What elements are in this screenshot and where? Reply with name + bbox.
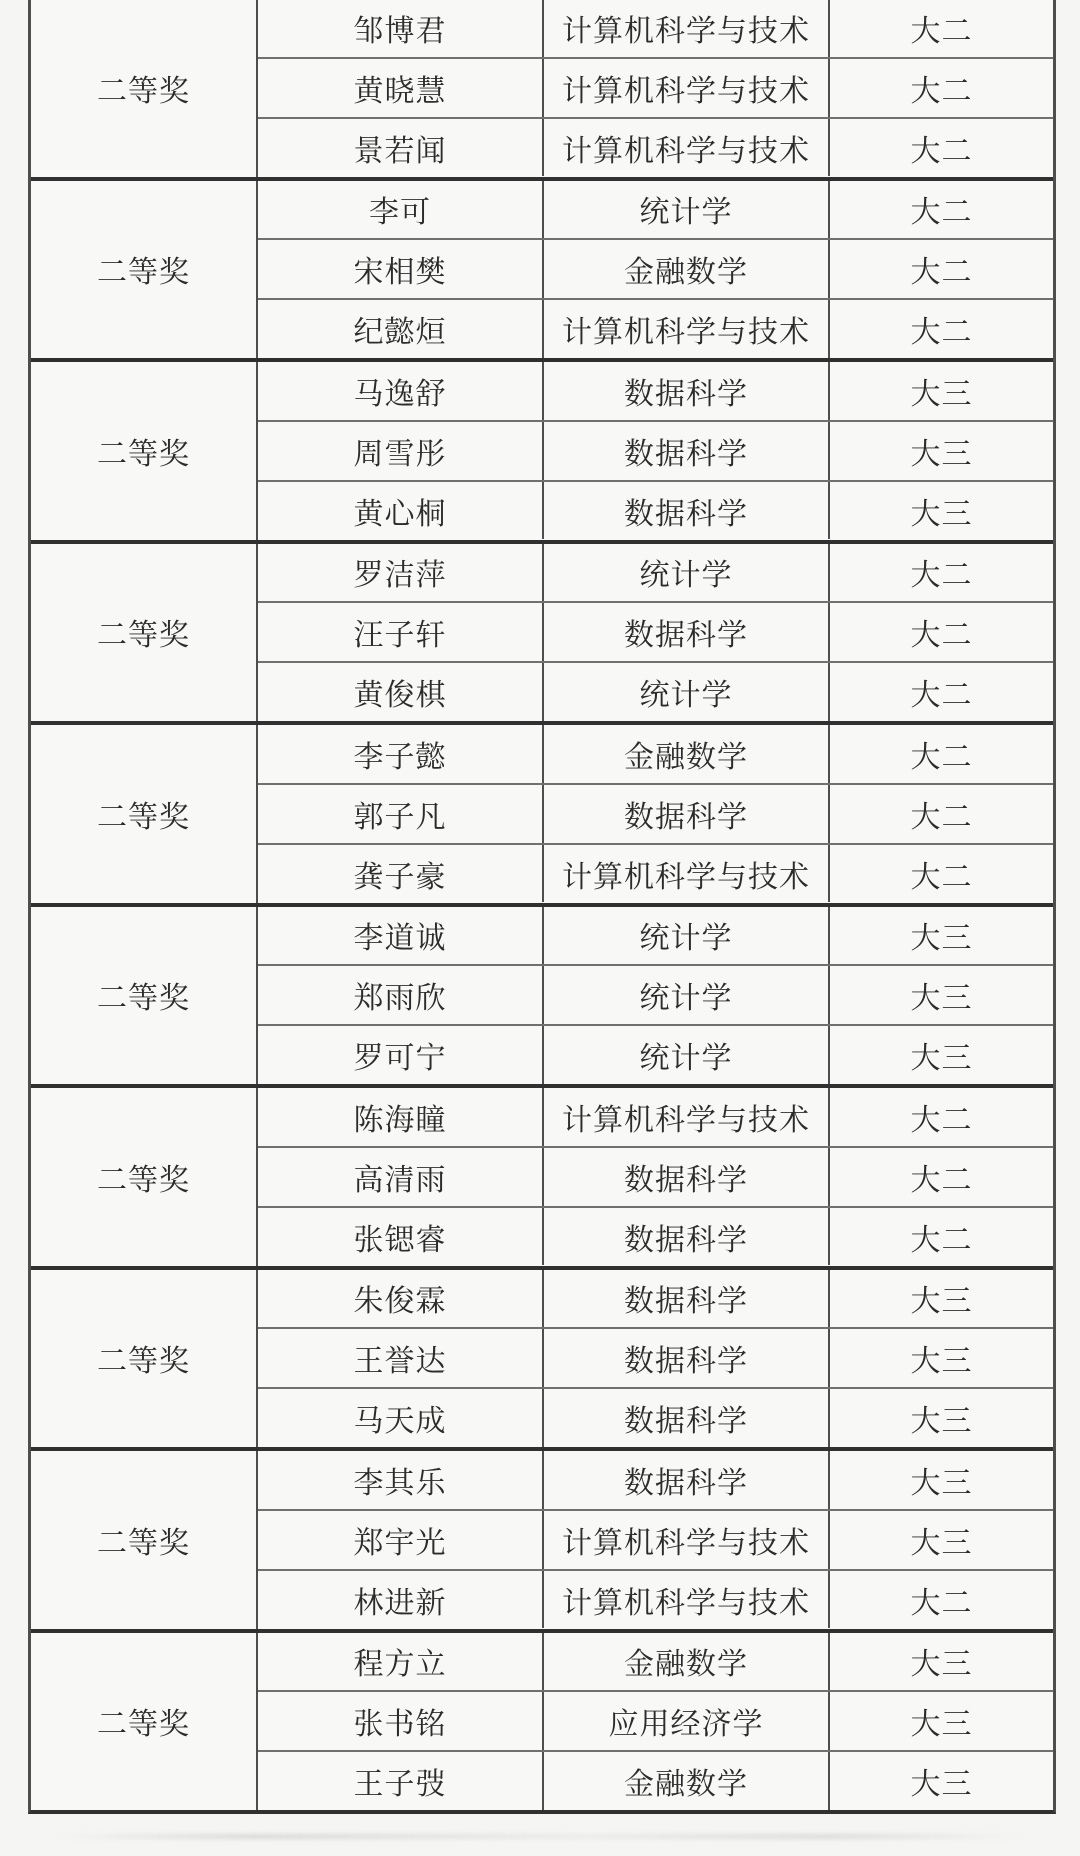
table-row: 周雪彤 数据科学 大三 xyxy=(258,420,1053,480)
award-cell: 二等奖 xyxy=(31,0,256,177)
grade-label: 大二 xyxy=(911,66,973,110)
grade-label: 大二 xyxy=(911,1095,973,1139)
major-cell: 计算机科学与技术 xyxy=(542,1088,828,1146)
table-row: 汪子轩 数据科学 大二 xyxy=(258,601,1053,661)
grade-cell: 大二 xyxy=(828,240,1053,298)
table-row: 宋相樊 金融数学 大二 xyxy=(258,238,1053,298)
name-cell: 龚子豪 xyxy=(258,845,542,903)
student-name: 黄心桐 xyxy=(354,489,447,533)
student-name: 李可 xyxy=(369,187,431,231)
major-label: 数据科学 xyxy=(624,429,748,473)
grade-label: 大三 xyxy=(911,1276,973,1320)
name-cell: 高清雨 xyxy=(258,1148,542,1206)
major-cell: 数据科学 xyxy=(542,1148,828,1206)
award-cell: 二等奖 xyxy=(31,362,256,540)
award-cell: 二等奖 xyxy=(31,1633,256,1811)
award-label: 二等奖 xyxy=(97,610,190,654)
grade-cell: 大二 xyxy=(828,1208,1053,1266)
award-cell: 二等奖 xyxy=(31,1451,256,1629)
grade-cell: 大二 xyxy=(828,59,1053,117)
table-row: 张锶睿 数据科学 大二 xyxy=(258,1206,1053,1266)
major-cell: 金融数学 xyxy=(542,240,828,298)
major-cell: 统计学 xyxy=(542,966,828,1024)
major-label: 计算机科学与技术 xyxy=(562,66,810,110)
awards-table: 二等奖 邹博君 计算机科学与技术 大二 黄晓慧 计算机科学与技术 大二 景若闻 … xyxy=(28,0,1056,1814)
major-cell: 数据科学 xyxy=(542,422,828,480)
group-member-rows: 邹博君 计算机科学与技术 大二 黄晓慧 计算机科学与技术 大二 景若闻 计算机科… xyxy=(256,0,1053,177)
table-row: 郑宇光 计算机科学与技术 大三 xyxy=(258,1509,1053,1569)
major-cell: 数据科学 xyxy=(542,1389,828,1447)
name-cell: 邹博君 xyxy=(258,0,542,57)
major-cell: 统计学 xyxy=(542,663,828,721)
award-group: 二等奖 李道诚 统计学 大三 郑雨欣 统计学 大三 罗可宁 统计学 大三 xyxy=(31,903,1053,1085)
major-label: 数据科学 xyxy=(624,792,748,836)
student-name: 林进新 xyxy=(354,1578,447,1622)
name-cell: 朱俊霖 xyxy=(258,1270,542,1328)
grade-cell: 大二 xyxy=(828,603,1053,661)
student-name: 李道诚 xyxy=(354,913,447,957)
award-group: 二等奖 程方立 金融数学 大三 张书铭 应用经济学 大三 王子弢 金融数学 大三 xyxy=(31,1629,1053,1811)
table-row: 林进新 计算机科学与技术 大二 xyxy=(258,1569,1053,1629)
name-cell: 张书铭 xyxy=(258,1692,542,1750)
student-name: 马天成 xyxy=(354,1396,447,1440)
name-cell: 李可 xyxy=(258,181,542,239)
major-label: 统计学 xyxy=(640,1033,733,1077)
table-row: 景若闻 计算机科学与技术 大二 xyxy=(258,117,1053,177)
group-member-rows: 李子懿 金融数学 大二 郭子凡 数据科学 大二 龚子豪 计算机科学与技术 大二 xyxy=(256,725,1053,903)
award-group: 二等奖 马逸舒 数据科学 大三 周雪彤 数据科学 大三 黄心桐 数据科学 大三 xyxy=(31,358,1053,540)
grade-label: 大二 xyxy=(911,852,973,896)
grade-label: 大二 xyxy=(911,670,973,714)
table-row: 程方立 金融数学 大三 xyxy=(258,1633,1053,1691)
student-name: 郑雨欣 xyxy=(354,973,447,1017)
award-cell: 二等奖 xyxy=(31,907,256,1085)
student-name: 罗可宁 xyxy=(354,1033,447,1077)
grade-cell: 大三 xyxy=(828,1692,1053,1750)
student-name: 张锶睿 xyxy=(354,1215,447,1259)
name-cell: 罗可宁 xyxy=(258,1026,542,1084)
grade-label: 大三 xyxy=(911,369,973,413)
grade-label: 大三 xyxy=(911,489,973,533)
table-row: 高清雨 数据科学 大二 xyxy=(258,1146,1053,1206)
award-label: 二等奖 xyxy=(97,792,190,836)
grade-cell: 大三 xyxy=(828,966,1053,1024)
award-label: 二等奖 xyxy=(97,429,190,473)
major-label: 数据科学 xyxy=(624,489,748,533)
award-cell: 二等奖 xyxy=(31,1270,256,1448)
award-label: 二等奖 xyxy=(97,1336,190,1380)
name-cell: 汪子轩 xyxy=(258,603,542,661)
award-cell: 二等奖 xyxy=(31,544,256,722)
group-member-rows: 罗洁萍 统计学 大二 汪子轩 数据科学 大二 黄俊棋 统计学 大二 xyxy=(256,544,1053,722)
name-cell: 李其乐 xyxy=(258,1451,542,1509)
major-label: 数据科学 xyxy=(624,610,748,654)
major-label: 统计学 xyxy=(640,973,733,1017)
grade-cell: 大三 xyxy=(828,362,1053,420)
major-label: 统计学 xyxy=(640,187,733,231)
group-member-rows: 陈海瞳 计算机科学与技术 大二 高清雨 数据科学 大二 张锶睿 数据科学 大二 xyxy=(256,1088,1053,1266)
student-name: 李其乐 xyxy=(354,1458,447,1502)
student-name: 汪子轩 xyxy=(354,610,447,654)
grade-cell: 大三 xyxy=(828,1389,1053,1447)
group-member-rows: 李道诚 统计学 大三 郑雨欣 统计学 大三 罗可宁 统计学 大三 xyxy=(256,907,1053,1085)
grade-label: 大三 xyxy=(911,1458,973,1502)
grade-cell: 大二 xyxy=(828,785,1053,843)
name-cell: 黄心桐 xyxy=(258,482,542,540)
table-row: 黄晓慧 计算机科学与技术 大二 xyxy=(258,57,1053,117)
student-name: 纪懿烜 xyxy=(354,307,447,351)
student-name: 黄俊棋 xyxy=(354,670,447,714)
award-group: 二等奖 朱俊霖 数据科学 大三 王誉达 数据科学 大三 马天成 数据科学 大三 xyxy=(31,1266,1053,1448)
grade-cell: 大二 xyxy=(828,0,1053,57)
major-cell: 数据科学 xyxy=(542,1451,828,1509)
table-row: 郭子凡 数据科学 大二 xyxy=(258,783,1053,843)
award-label: 二等奖 xyxy=(97,1699,190,1743)
award-group: 二等奖 李子懿 金融数学 大二 郭子凡 数据科学 大二 龚子豪 计算机科学与技术… xyxy=(31,721,1053,903)
major-cell: 应用经济学 xyxy=(542,1692,828,1750)
group-member-rows: 马逸舒 数据科学 大三 周雪彤 数据科学 大三 黄心桐 数据科学 大三 xyxy=(256,362,1053,540)
major-label: 统计学 xyxy=(640,670,733,714)
grade-label: 大二 xyxy=(911,792,973,836)
major-cell: 统计学 xyxy=(542,1026,828,1084)
grade-cell: 大二 xyxy=(828,181,1053,239)
grade-cell: 大二 xyxy=(828,1148,1053,1206)
student-name: 王誉达 xyxy=(354,1336,447,1380)
grade-label: 大三 xyxy=(911,913,973,957)
major-label: 数据科学 xyxy=(624,1215,748,1259)
group-member-rows: 朱俊霖 数据科学 大三 王誉达 数据科学 大三 马天成 数据科学 大三 xyxy=(256,1270,1053,1448)
name-cell: 李道诚 xyxy=(258,907,542,965)
grade-label: 大二 xyxy=(911,247,973,291)
name-cell: 李子懿 xyxy=(258,725,542,783)
award-cell: 二等奖 xyxy=(31,181,256,359)
name-cell: 陈海瞳 xyxy=(258,1088,542,1146)
document-page: { "colors": { "page_bg": "#f5f5f3", "cel… xyxy=(0,0,1080,1856)
table-row: 郑雨欣 统计学 大三 xyxy=(258,964,1053,1024)
table-row: 李道诚 统计学 大三 xyxy=(258,907,1053,965)
award-group: 二等奖 罗洁萍 统计学 大二 汪子轩 数据科学 大二 黄俊棋 统计学 大二 xyxy=(31,540,1053,722)
major-cell: 统计学 xyxy=(542,907,828,965)
student-name: 马逸舒 xyxy=(354,369,447,413)
grade-cell: 大二 xyxy=(828,1088,1053,1146)
major-cell: 金融数学 xyxy=(542,1752,828,1810)
table-row: 李其乐 数据科学 大三 xyxy=(258,1451,1053,1509)
major-label: 计算机科学与技术 xyxy=(562,852,810,896)
grade-label: 大二 xyxy=(911,1215,973,1259)
name-cell: 王誉达 xyxy=(258,1329,542,1387)
student-name: 景若闻 xyxy=(354,126,447,170)
award-cell: 二等奖 xyxy=(31,725,256,903)
name-cell: 马天成 xyxy=(258,1389,542,1447)
table-row: 黄俊棋 统计学 大二 xyxy=(258,661,1053,721)
major-label: 计算机科学与技术 xyxy=(562,1095,810,1139)
table-row: 罗洁萍 统计学 大二 xyxy=(258,544,1053,602)
student-name: 周雪彤 xyxy=(354,429,447,473)
grade-cell: 大二 xyxy=(828,725,1053,783)
table-row: 纪懿烜 计算机科学与技术 大二 xyxy=(258,298,1053,358)
photo-edge-artifact xyxy=(60,1834,1020,1839)
major-label: 金融数学 xyxy=(624,247,748,291)
name-cell: 林进新 xyxy=(258,1571,542,1629)
group-member-rows: 李可 统计学 大二 宋相樊 金融数学 大二 纪懿烜 计算机科学与技术 大二 xyxy=(256,181,1053,359)
name-cell: 罗洁萍 xyxy=(258,544,542,602)
grade-cell: 大二 xyxy=(828,300,1053,358)
award-group: 二等奖 李其乐 数据科学 大三 郑宇光 计算机科学与技术 大三 林进新 计算机科… xyxy=(31,1447,1053,1629)
grade-label: 大三 xyxy=(911,1033,973,1077)
table-row: 黄心桐 数据科学 大三 xyxy=(258,480,1053,540)
award-label: 二等奖 xyxy=(97,973,190,1017)
student-name: 陈海瞳 xyxy=(354,1095,447,1139)
name-cell: 黄俊棋 xyxy=(258,663,542,721)
major-label: 应用经济学 xyxy=(609,1699,764,1743)
grade-label: 大三 xyxy=(911,1699,973,1743)
award-label: 二等奖 xyxy=(97,1518,190,1562)
major-cell: 金融数学 xyxy=(542,725,828,783)
grade-cell: 大二 xyxy=(828,845,1053,903)
name-cell: 程方立 xyxy=(258,1633,542,1691)
grade-label: 大三 xyxy=(911,1639,973,1683)
major-label: 计算机科学与技术 xyxy=(562,126,810,170)
major-cell: 数据科学 xyxy=(542,785,828,843)
award-label: 二等奖 xyxy=(97,1155,190,1199)
table-row: 邹博君 计算机科学与技术 大二 xyxy=(258,0,1053,57)
major-cell: 统计学 xyxy=(542,544,828,602)
major-cell: 数据科学 xyxy=(542,1270,828,1328)
name-cell: 宋相樊 xyxy=(258,240,542,298)
major-label: 数据科学 xyxy=(624,1155,748,1199)
major-label: 金融数学 xyxy=(624,1639,748,1683)
student-name: 高清雨 xyxy=(354,1155,447,1199)
name-cell: 纪懿烜 xyxy=(258,300,542,358)
table-row: 龚子豪 计算机科学与技术 大二 xyxy=(258,843,1053,903)
grade-label: 大二 xyxy=(911,307,973,351)
grade-cell: 大三 xyxy=(828,1451,1053,1509)
name-cell: 马逸舒 xyxy=(258,362,542,420)
student-name: 邹博君 xyxy=(354,6,447,50)
group-member-rows: 程方立 金融数学 大三 张书铭 应用经济学 大三 王子弢 金融数学 大三 xyxy=(256,1633,1053,1811)
grade-cell: 大三 xyxy=(828,1752,1053,1810)
major-label: 统计学 xyxy=(640,913,733,957)
grade-label: 大二 xyxy=(911,610,973,654)
name-cell: 景若闻 xyxy=(258,119,542,177)
grade-label: 大二 xyxy=(911,550,973,594)
group-member-rows: 李其乐 数据科学 大三 郑宇光 计算机科学与技术 大三 林进新 计算机科学与技术… xyxy=(256,1451,1053,1629)
grade-label: 大二 xyxy=(911,1155,973,1199)
major-label: 计算机科学与技术 xyxy=(562,1518,810,1562)
major-label: 统计学 xyxy=(640,550,733,594)
award-group: 二等奖 陈海瞳 计算机科学与技术 大二 高清雨 数据科学 大二 张锶睿 数据科学… xyxy=(31,1084,1053,1266)
name-cell: 郑宇光 xyxy=(258,1511,542,1569)
award-cell: 二等奖 xyxy=(31,1088,256,1266)
grade-cell: 大三 xyxy=(828,1026,1053,1084)
award-label: 二等奖 xyxy=(97,66,190,110)
major-label: 计算机科学与技术 xyxy=(562,1578,810,1622)
grade-label: 大二 xyxy=(911,6,973,50)
name-cell: 王子弢 xyxy=(258,1752,542,1810)
student-name: 宋相樊 xyxy=(354,247,447,291)
student-name: 王子弢 xyxy=(354,1759,447,1803)
major-cell: 计算机科学与技术 xyxy=(542,1511,828,1569)
name-cell: 周雪彤 xyxy=(258,422,542,480)
major-cell: 数据科学 xyxy=(542,482,828,540)
award-group: 二等奖 李可 统计学 大二 宋相樊 金融数学 大二 纪懿烜 计算机科学与技术 大… xyxy=(31,177,1053,359)
grade-label: 大三 xyxy=(911,1396,973,1440)
major-cell: 计算机科学与技术 xyxy=(542,845,828,903)
grade-label: 大二 xyxy=(911,732,973,776)
major-cell: 计算机科学与技术 xyxy=(542,1571,828,1629)
grade-label: 大三 xyxy=(911,1518,973,1562)
table-row: 马天成 数据科学 大三 xyxy=(258,1387,1053,1447)
student-name: 黄晓慧 xyxy=(354,66,447,110)
student-name: 张书铭 xyxy=(354,1699,447,1743)
grade-label: 大三 xyxy=(911,1759,973,1803)
student-name: 李子懿 xyxy=(354,732,447,776)
grade-label: 大二 xyxy=(911,1578,973,1622)
award-group: 二等奖 邹博君 计算机科学与技术 大二 黄晓慧 计算机科学与技术 大二 景若闻 … xyxy=(31,0,1053,177)
award-label: 二等奖 xyxy=(97,247,190,291)
major-cell: 数据科学 xyxy=(542,362,828,420)
grade-cell: 大二 xyxy=(828,119,1053,177)
major-cell: 数据科学 xyxy=(542,603,828,661)
student-name: 郑宇光 xyxy=(354,1518,447,1562)
major-cell: 统计学 xyxy=(542,181,828,239)
grade-cell: 大二 xyxy=(828,1571,1053,1629)
name-cell: 郭子凡 xyxy=(258,785,542,843)
grade-cell: 大三 xyxy=(828,907,1053,965)
major-label: 数据科学 xyxy=(624,1336,748,1380)
name-cell: 黄晓慧 xyxy=(258,59,542,117)
grade-cell: 大二 xyxy=(828,663,1053,721)
table-row: 陈海瞳 计算机科学与技术 大二 xyxy=(258,1088,1053,1146)
table-row: 王誉达 数据科学 大三 xyxy=(258,1327,1053,1387)
major-cell: 计算机科学与技术 xyxy=(542,59,828,117)
grade-label: 大三 xyxy=(911,429,973,473)
major-label: 数据科学 xyxy=(624,1276,748,1320)
major-label: 数据科学 xyxy=(624,1396,748,1440)
table-row: 王子弢 金融数学 大三 xyxy=(258,1750,1053,1810)
major-label: 金融数学 xyxy=(624,732,748,776)
student-name: 龚子豪 xyxy=(354,852,447,896)
major-cell: 金融数学 xyxy=(542,1633,828,1691)
table-row: 李子懿 金融数学 大二 xyxy=(258,725,1053,783)
grade-label: 大二 xyxy=(911,126,973,170)
grade-cell: 大三 xyxy=(828,1511,1053,1569)
major-label: 数据科学 xyxy=(624,1458,748,1502)
grade-cell: 大三 xyxy=(828,1633,1053,1691)
major-label: 金融数学 xyxy=(624,1759,748,1803)
major-cell: 计算机科学与技术 xyxy=(542,0,828,57)
student-name: 郭子凡 xyxy=(354,792,447,836)
major-cell: 计算机科学与技术 xyxy=(542,300,828,358)
major-label: 计算机科学与技术 xyxy=(562,6,810,50)
grade-cell: 大二 xyxy=(828,544,1053,602)
grade-label: 大二 xyxy=(911,187,973,231)
grade-cell: 大三 xyxy=(828,482,1053,540)
table-row: 张书铭 应用经济学 大三 xyxy=(258,1690,1053,1750)
student-name: 朱俊霖 xyxy=(354,1276,447,1320)
name-cell: 郑雨欣 xyxy=(258,966,542,1024)
major-cell: 计算机科学与技术 xyxy=(542,119,828,177)
name-cell: 张锶睿 xyxy=(258,1208,542,1266)
major-cell: 数据科学 xyxy=(542,1329,828,1387)
major-label: 数据科学 xyxy=(624,369,748,413)
table-row: 朱俊霖 数据科学 大三 xyxy=(258,1270,1053,1328)
grade-label: 大三 xyxy=(911,973,973,1017)
table-row: 李可 统计学 大二 xyxy=(258,181,1053,239)
major-cell: 数据科学 xyxy=(542,1208,828,1266)
student-name: 罗洁萍 xyxy=(354,550,447,594)
grade-label: 大三 xyxy=(911,1336,973,1380)
table-row: 罗可宁 统计学 大三 xyxy=(258,1024,1053,1084)
major-label: 计算机科学与技术 xyxy=(562,307,810,351)
grade-cell: 大三 xyxy=(828,422,1053,480)
student-name: 程方立 xyxy=(354,1639,447,1683)
table-row: 马逸舒 数据科学 大三 xyxy=(258,362,1053,420)
grade-cell: 大三 xyxy=(828,1329,1053,1387)
grade-cell: 大三 xyxy=(828,1270,1053,1328)
